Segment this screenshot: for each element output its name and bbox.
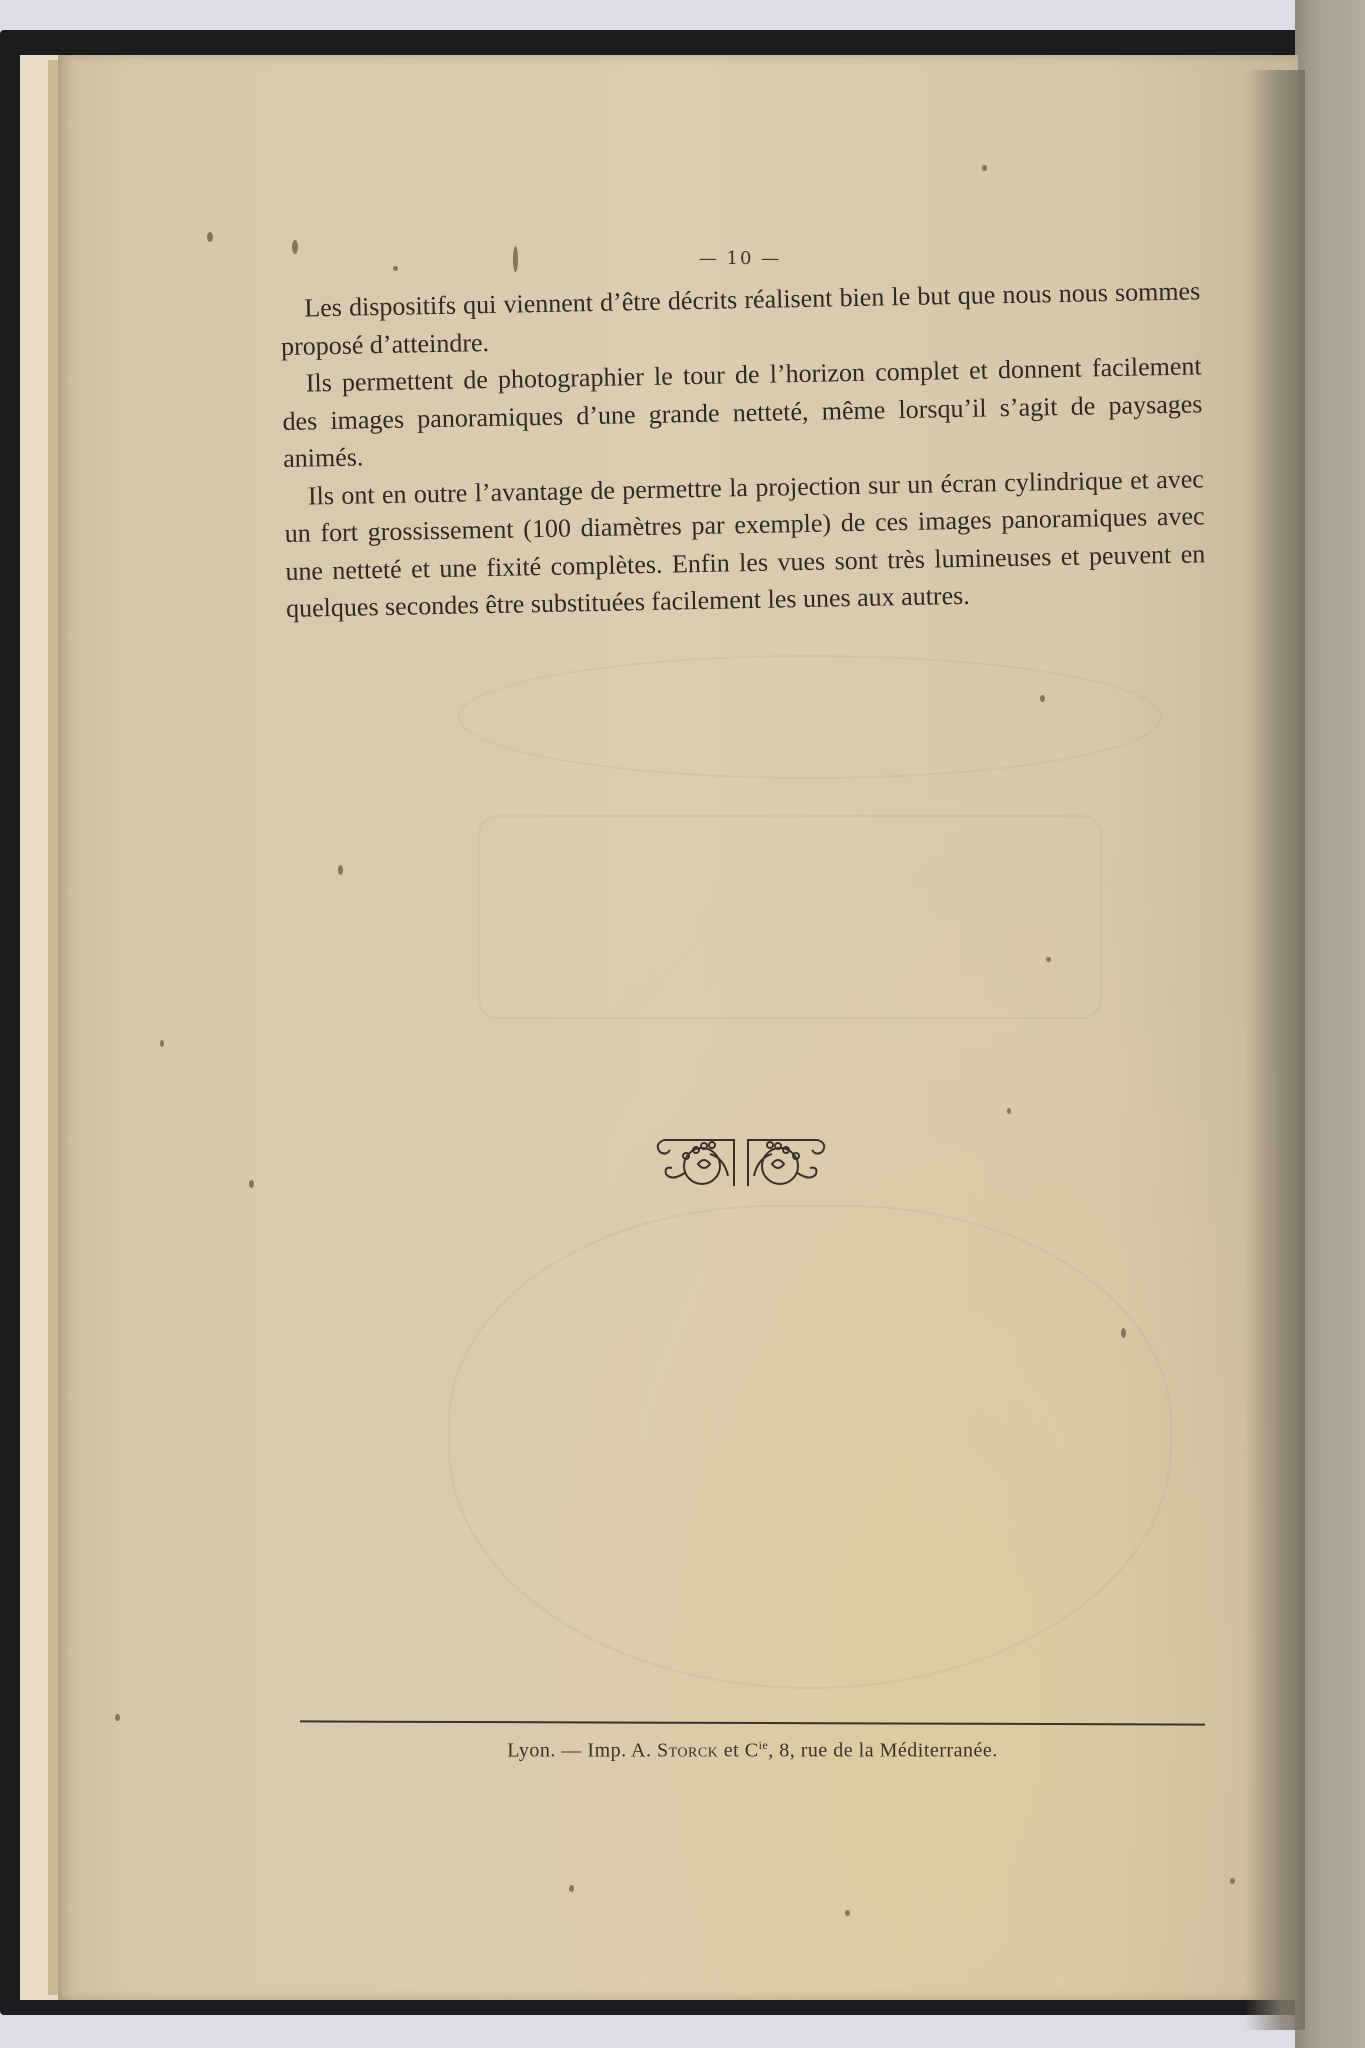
foxing-speck xyxy=(207,232,213,242)
foxing-speck xyxy=(1230,1878,1235,1884)
foxing-speck xyxy=(115,1714,120,1721)
show-through-shape xyxy=(448,1205,1172,1689)
paragraph-3: Ils ont en outre l’avantage de permettre… xyxy=(284,460,1207,628)
imprint-prefix: Imp. A. xyxy=(587,1740,657,1762)
body-text: Les dispositifs qui viennent d’être décr… xyxy=(280,272,1206,627)
foxing-speck xyxy=(513,246,518,272)
imprint-dash: — xyxy=(556,1740,588,1762)
foxing-speck xyxy=(292,240,298,254)
page-shadow xyxy=(1245,70,1305,2030)
foxing-speck xyxy=(160,1040,164,1047)
foxing-speck xyxy=(569,1885,574,1892)
foxing-speck xyxy=(249,1180,254,1188)
foxing-speck xyxy=(845,1910,850,1916)
show-through-shape xyxy=(478,815,1102,1019)
page-number: — 10 — xyxy=(680,248,800,269)
imprint-company: et C xyxy=(718,1740,758,1762)
show-through-shape xyxy=(458,655,1162,779)
printer-imprint: Lyon. — Imp. A. Storck et Cie, 8, rue de… xyxy=(300,1738,1205,1763)
adjacent-page-stack xyxy=(1295,0,1365,2048)
foxing-speck xyxy=(1121,1328,1126,1338)
foxing-speck xyxy=(338,865,343,875)
ornament-tailpiece-icon xyxy=(650,1128,832,1192)
imprint-printer-name: Storck xyxy=(657,1740,718,1762)
paragraph-2: Ils permettent de photographier le tour … xyxy=(281,347,1203,477)
imprint-city: Lyon. xyxy=(507,1740,556,1762)
foxing-speck xyxy=(1046,957,1051,962)
foxing-speck xyxy=(393,266,398,271)
imprint-address: , 8, rue de la Méditerranée. xyxy=(768,1740,997,1762)
foxing-speck xyxy=(1007,1108,1011,1114)
foxing-speck xyxy=(982,165,987,171)
foxing-speck xyxy=(1040,695,1045,702)
imprint-company-sup: ie xyxy=(759,1738,769,1752)
